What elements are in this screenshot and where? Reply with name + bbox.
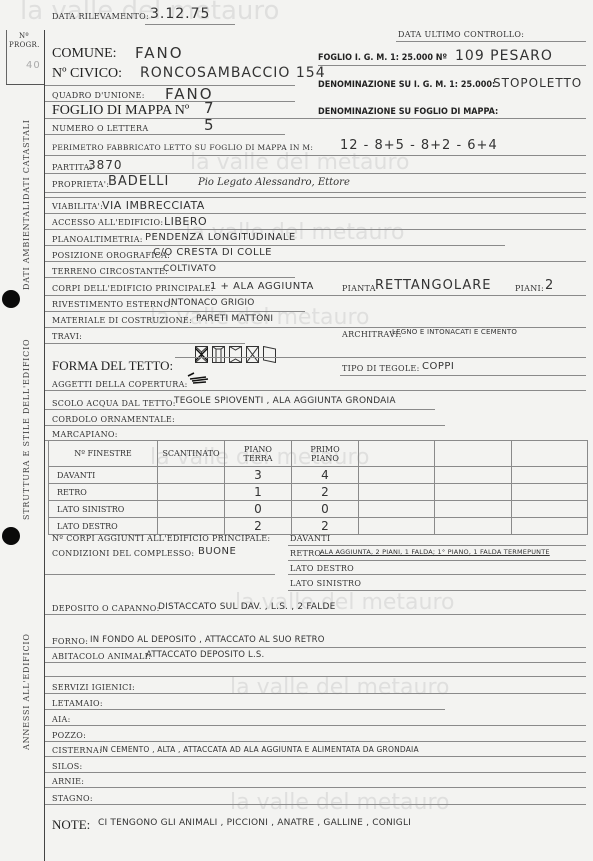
table-cell[interactable] [511, 501, 587, 518]
data-rilevamento-value[interactable]: 3.12.75 [150, 6, 210, 22]
foglio-igm-value[interactable]: 109 PESARO [455, 48, 553, 64]
roof-shape-options [195, 346, 276, 363]
marcapiano-label: MARCAPIANO: [52, 430, 118, 439]
binder-hole [2, 527, 20, 545]
proprieta-label: PROPRIETA': [52, 180, 109, 189]
row-label: LATO DESTRO [49, 518, 158, 535]
table-cell[interactable]: 4 [292, 467, 359, 484]
comune-label: COMUNE: [52, 46, 117, 62]
roof-hip-icon[interactable] [195, 346, 208, 363]
progr-label: Nº PROGR. [9, 32, 39, 50]
foglio-igm-label: FOGLIO I. G. M. 1: 25.000 Nº [318, 53, 447, 63]
table-row: LATO SINISTRO 0 0 [49, 501, 588, 518]
table-header [511, 441, 587, 467]
note-label: NOTE: [52, 817, 90, 833]
deposito-label: DEPOSITO o CAPANNO: [52, 604, 160, 613]
terreno-label: TERRENO CIRCOSTANTE: [52, 267, 168, 276]
corpi-lato-destro-label: LATO DESTRO [290, 564, 354, 573]
table-header-row: Nº FINESTRE SCANTINATO PIANO TERRA PRIMO… [49, 441, 588, 467]
tipo-tegole-value[interactable]: COPPI [422, 361, 454, 372]
finestre-table: Nº FINESTRE SCANTINATO PIANO TERRA PRIMO… [48, 440, 588, 535]
corpi-davanti-label: DAVANTI [290, 534, 330, 543]
scribble-mark-icon [186, 372, 210, 386]
numero-lettera-label: NUMERO o LETTERA [52, 124, 148, 133]
viabilita-label: VIABILITA': [52, 202, 103, 211]
corpi-value[interactable]: 1 + ALA AGGIUNTA [210, 281, 314, 292]
quadro-unione-label: QUADRO D'UNIONE: [52, 91, 145, 100]
table-cell[interactable] [435, 518, 511, 535]
letamaio-label: LETAMAIO: [52, 699, 103, 708]
denominazione-foglio-label: DENOMINAZIONE SU FOGLIO DI MAPPA: [318, 107, 498, 117]
watermark: la valle del metauro [230, 790, 449, 815]
terreno-value[interactable]: COLTIVATO [163, 264, 216, 274]
table-cell[interactable] [359, 467, 435, 484]
aggetti-label: AGGETTI DELLA COPERTURA: [52, 380, 188, 389]
roof-gable-icon[interactable] [212, 346, 225, 363]
table-row: RETRO 1 2 [49, 484, 588, 501]
planoaltimetria-label: PLANOALTIMETRIA: [52, 235, 143, 244]
roof-single-pitch-icon[interactable] [263, 346, 276, 363]
table-cell[interactable] [359, 518, 435, 535]
table-cell[interactable] [435, 484, 511, 501]
table-header: PIANO TERRA [225, 441, 292, 467]
scolo-label: SCOLO ACQUA DAL TETTO: [52, 399, 176, 408]
partita-label: PARTITA: [52, 163, 93, 172]
piani-label: PIANI: [515, 284, 544, 293]
architravi-value[interactable]: LEGNO E INTONACATI E CEMENTO [392, 328, 517, 336]
foglio-mappa-value[interactable]: 7 [204, 99, 216, 117]
scolo-value[interactable]: TEGOLE SPIOVENTI , ALA AGGIUNTA GRONDAIA [174, 396, 396, 406]
watermark: la valle del metauro [190, 150, 409, 175]
rivestimento-label: RIVESTIMENTO ESTERNO: [52, 300, 173, 309]
proprieta-script-value[interactable]: Pio Legato Alessandro, Ettore [198, 177, 350, 188]
table-header: Nº FINESTRE [49, 441, 158, 467]
cordolo-label: CORDOLO ORNAMENTALE: [52, 415, 175, 424]
roof-double-pitch-icon[interactable] [229, 346, 242, 363]
table-cell[interactable] [158, 518, 225, 535]
tipo-tegole-label: TIPO DI TEGOLE: [342, 364, 420, 373]
numero-lettera-value[interactable]: 5 [204, 116, 216, 134]
materiale-label: MATERIALE DI COSTRUZIONE: [52, 316, 192, 325]
foglio-mappa-label: FOGLIO DI MAPPA Nº [52, 103, 189, 119]
denominazione-igm-label: DENOMINAZIONE SU I. G. M. 1: 25.000: [318, 80, 495, 90]
perimetro-label: PERIMETRO FABBRICATO LETTO SU FOGLIO DI … [52, 143, 313, 152]
section-ambientali: DATI AMBIENTALI [22, 200, 31, 290]
row-label: DAVANTI [49, 467, 158, 484]
section-struttura: STRUTTURA E STILE DELL'EDIFICIO [22, 339, 31, 520]
partita-value[interactable]: 3870 [88, 158, 123, 172]
aia-label: AIA: [52, 715, 71, 724]
progr-value: 40 [26, 60, 41, 71]
corpi-label: CORPI DELL'EDIFICIO PRINCIPALE: [52, 284, 214, 293]
table-cell[interactable]: 3 [225, 467, 292, 484]
proprieta-value[interactable]: BADELLI [108, 174, 169, 189]
travi-label: TRAVI: [52, 332, 82, 341]
corpi-lato-sinistro-label: LATO SINISTRO [290, 579, 361, 588]
pianta-label: PIANTA [342, 284, 376, 293]
abitacolo-label: ABITACOLO ANIMALI: [52, 652, 151, 661]
comune-value[interactable]: FANO [135, 44, 184, 62]
data-ultimo-controllo-label: DATA ULTIMO CONTROLLO: [398, 30, 524, 39]
perimetro-value[interactable]: 12 - 8+5 - 8+2 - 6+4 [340, 138, 498, 153]
table-header [435, 441, 511, 467]
table-row: LATO DESTRO 2 2 [49, 518, 588, 535]
corpi-aggiunti-label: Nº CORPI AGGIUNTI ALL'EDIFICIO PRINCIPAL… [52, 534, 270, 543]
table-cell[interactable]: 1 [225, 484, 292, 501]
row-label: LATO SINISTRO [49, 501, 158, 518]
table-cell[interactable] [511, 467, 587, 484]
section-annessi: ANNESSI ALL'EDIFICIO [22, 633, 31, 750]
roof-cross-icon[interactable] [246, 346, 259, 363]
condizioni-value[interactable]: BUONE [198, 546, 236, 557]
planoaltimetria-value[interactable]: PENDENZA LONGITUDINALE [145, 232, 296, 243]
corpi-retro-label: RETRO [290, 549, 321, 558]
civico-value[interactable]: RONCOSAMBACCIO 154 [140, 65, 326, 81]
condizioni-label: CONDIZIONI DEL COMPLESSO: [52, 549, 194, 558]
table-cell[interactable]: 2 [225, 518, 292, 535]
table-header: SCANTINATO [158, 441, 225, 467]
cisterna-value[interactable]: IN CEMENTO , ALTA , ATTACCATA AD ALA AGG… [100, 745, 419, 754]
piani-value[interactable]: 2 [545, 278, 554, 293]
posizione-value[interactable]: C/O CRESTA DI COLLE [153, 247, 272, 258]
table-header [359, 441, 435, 467]
table-cell[interactable] [158, 467, 225, 484]
note-value[interactable]: CI TENGONO GLI ANIMALI , PICCIONI , ANAT… [98, 818, 411, 828]
pianta-value[interactable]: RETTANGOLARE [375, 278, 492, 293]
viabilita-value[interactable]: VIA IMBRECCIATA [102, 199, 205, 212]
accesso-label: ACCESSO ALL'EDIFICIO: [52, 218, 163, 227]
rivestimento-value[interactable]: INTONACO GRIGIO [168, 298, 255, 308]
stagno-label: STAGNO: [52, 794, 93, 803]
table-cell[interactable] [158, 501, 225, 518]
deposito-value[interactable]: DISTACCATO SUL DAV. , L.S. , 2 FALDE [158, 602, 336, 612]
cisterna-label: CISTERNA: [52, 746, 102, 755]
table-cell[interactable] [511, 484, 587, 501]
corpi-retro-value[interactable]: ALA AGGIUNTA, 2 PIANI, 1 FALDA; 1° PIANO… [320, 548, 550, 556]
data-rilevamento-label: DATA RILEVAMENTO: [52, 12, 149, 21]
servizi-label: SERVIZI IGIENICI: [52, 683, 135, 692]
row-label: RETRO [49, 484, 158, 501]
abitacolo-value[interactable]: ATTACCATO DEPOSITO L.S. [146, 650, 264, 660]
binder-hole [2, 290, 20, 308]
table-cell[interactable]: 0 [225, 501, 292, 518]
table-cell[interactable]: 2 [292, 518, 359, 535]
forma-tetto-label: FORMA DEL TETTO: [52, 358, 173, 374]
table-header: PRIMO PIANO [292, 441, 359, 467]
accesso-value[interactable]: LIBERO [164, 215, 207, 228]
table-cell[interactable]: 0 [292, 501, 359, 518]
table-cell[interactable]: 2 [292, 484, 359, 501]
civico-label: Nº CIVICO: [52, 66, 122, 82]
table-cell[interactable] [158, 484, 225, 501]
section-catastali: DATI CATASTALI [22, 119, 31, 200]
forno-value[interactable]: IN FONDO AL DEPOSITO , ATTACCATO AL SUO … [90, 635, 325, 645]
table-row: DAVANTI 3 4 [49, 467, 588, 484]
arnie-label: ARNIE: [52, 777, 84, 786]
table-cell[interactable] [359, 501, 435, 518]
table-cell[interactable] [435, 467, 511, 484]
table-cell[interactable] [435, 501, 511, 518]
denominazione-igm-value[interactable]: STOPOLETTO [493, 76, 582, 90]
table-cell[interactable] [511, 518, 587, 535]
watermark: la valle del metauro [230, 675, 449, 700]
table-cell[interactable] [359, 484, 435, 501]
forno-label: FORNO: [52, 637, 88, 646]
pozzo-label: POZZO: [52, 731, 86, 740]
materiale-value[interactable]: PARETI MATTONI [196, 314, 273, 324]
silos-label: SILOS: [52, 762, 83, 771]
